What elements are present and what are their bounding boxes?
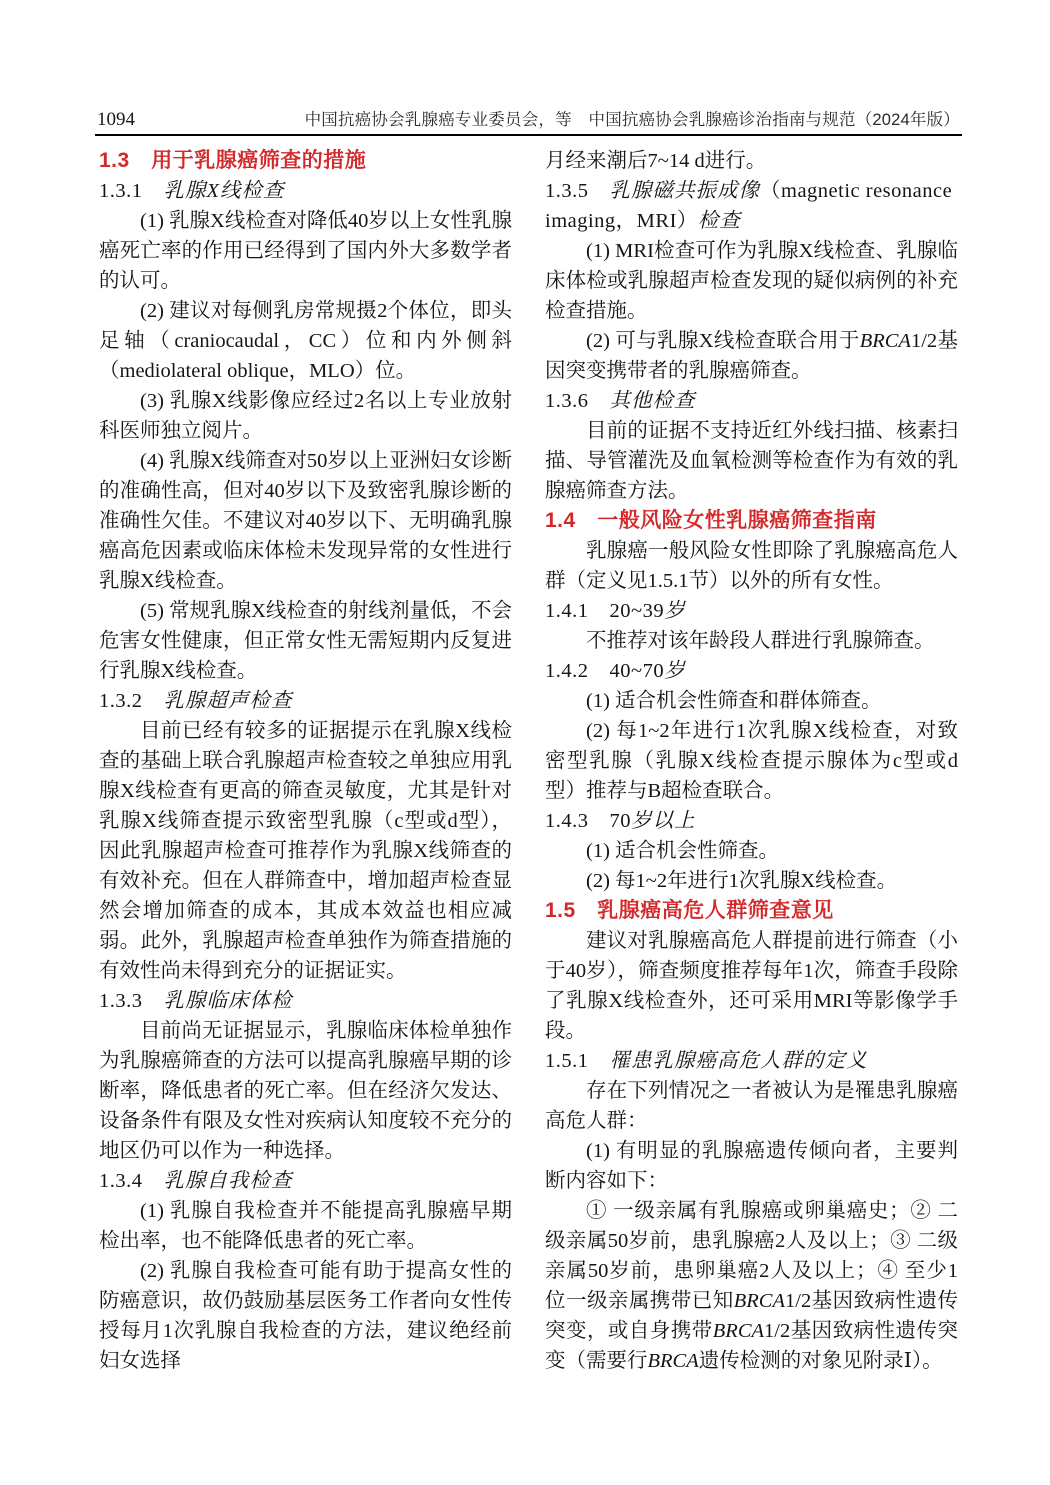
page-header: 1094 中国抗癌协会乳腺癌专业委员会，等 中国抗癌协会乳腺癌诊治指南与规范（2… <box>97 106 960 131</box>
subsection-heading: 1.3.1 乳腺X线检查 <box>99 176 512 206</box>
paragraph: (1) MRI检查可作为乳腺X线检查、乳腺临床体检或乳腺超声检查发现的疑似病例的… <box>545 236 958 326</box>
paragraph: 乳腺癌一般风险女性即除了乳腺癌高危人群（定义见1.5.1节）以外的所有女性。 <box>545 536 958 596</box>
paragraph: (5) 常规乳腺X线检查的射线剂量低，不会危害女性健康，但正常女性无需短期内反复… <box>99 596 512 686</box>
paragraph: (2) 可与乳腺X线检查联合用于BRCA1/2基因突变携带者的乳腺癌筛查。 <box>545 326 958 386</box>
paragraph: ① 一级亲属有乳腺癌或卵巢癌史；② 二级亲属50岁前，患乳腺癌2人及以上；③ 二… <box>545 1196 958 1376</box>
paragraph: 目前的证据不支持近红外线扫描、核素扫描、导管灌洗及血氧检测等检查作为有效的乳腺癌… <box>545 416 958 506</box>
paragraph: (2) 每1~2年进行1次乳腺X线检查，对致密型乳腺（乳腺X线检查提示腺体为c型… <box>545 716 958 806</box>
paragraph: 建议对乳腺癌高危人群提前进行筛查（小于40岁），筛查频度推荐每年1次，筛查手段除… <box>545 926 958 1046</box>
paragraph: (1) 适合机会性筛查。 <box>545 836 958 866</box>
paragraph: 月经来潮后7~14 d进行。 <box>545 146 958 176</box>
subsection-heading: 1.5.1 罹患乳腺癌高危人群的定义 <box>545 1046 958 1076</box>
paragraph: (1) 有明显的乳腺癌遗传倾向者，主要判断内容如下： <box>545 1136 958 1196</box>
subsection-heading: 1.4.2 40~70岁 <box>545 656 958 686</box>
text-columns: 1.3 用于乳腺癌筛查的措施1.3.1 乳腺X线检查(1) 乳腺X线检查对降低4… <box>99 146 958 1376</box>
section-heading: 1.5 乳腺癌高危人群筛查意见 <box>545 896 958 926</box>
subsection-heading: 1.3.5 乳腺磁共振成像（magnetic resonance imaging… <box>545 176 958 236</box>
paragraph: (1) 适合机会性筛查和群体筛查。 <box>545 686 958 716</box>
left-column: 1.3 用于乳腺癌筛查的措施1.3.1 乳腺X线检查(1) 乳腺X线检查对降低4… <box>99 146 512 1376</box>
paragraph: (1) 乳腺X线检查对降低40岁以上女性乳腺癌死亡率的作用已经得到了国内外大多数… <box>99 206 512 296</box>
paragraph: 存在下列情况之一者被认为是罹患乳腺癌高危人群： <box>545 1076 958 1136</box>
document-page: 1094 中国抗癌协会乳腺癌专业委员会，等 中国抗癌协会乳腺癌诊治指南与规范（2… <box>0 0 1050 1485</box>
page-number: 1094 <box>97 109 135 131</box>
paragraph: 不推荐对该年龄段人群进行乳腺筛查。 <box>545 626 958 656</box>
section-heading: 1.3 用于乳腺癌筛查的措施 <box>99 146 512 176</box>
paragraph: (1) 乳腺自我检查并不能提高乳腺癌早期检出率，也不能降低患者的死亡率。 <box>99 1196 512 1256</box>
paragraph: (3) 乳腺X线影像应经过2名以上专业放射科医师独立阅片。 <box>99 386 512 446</box>
paragraph: (2) 建议对每侧乳房常规摄2个体位，即头足轴（craniocaudal，CC）… <box>99 296 512 386</box>
paragraph: (2) 每1~2年进行1次乳腺X线检查。 <box>545 866 958 896</box>
journal-header-title: 中国抗癌协会乳腺癌专业委员会，等 中国抗癌协会乳腺癌诊治指南与规范（2024年版… <box>305 106 960 130</box>
subsection-heading: 1.4.1 20~39岁 <box>545 596 958 626</box>
right-column: 月经来潮后7~14 d进行。1.3.5 乳腺磁共振成像（magnetic res… <box>545 146 958 1376</box>
paragraph: 目前尚无证据显示，乳腺临床体检单独作为乳腺癌筛查的方法可以提高乳腺癌早期的诊断率… <box>99 1016 512 1166</box>
paragraph: (2) 乳腺自我检查可能有助于提高女性的防癌意识，故仍鼓励基层医务工作者向女性传… <box>99 1256 512 1376</box>
paragraph: 目前已经有较多的证据提示在乳腺X线检查的基础上联合乳腺超声检查较之单独应用乳腺X… <box>99 716 512 986</box>
subsection-heading: 1.4.3 70岁以上 <box>545 806 958 836</box>
subsection-heading: 1.3.6 其他检查 <box>545 386 958 416</box>
subsection-heading: 1.3.3 乳腺临床体检 <box>99 986 512 1016</box>
subsection-heading: 1.3.4 乳腺自我检查 <box>99 1166 512 1196</box>
subsection-heading: 1.3.2 乳腺超声检查 <box>99 686 512 716</box>
section-heading: 1.4 一般风险女性乳腺癌筛查指南 <box>545 506 958 536</box>
header-rule <box>95 134 962 136</box>
paragraph: (4) 乳腺X线筛查对50岁以上亚洲妇女诊断的准确性高，但对40岁以下及致密乳腺… <box>99 446 512 596</box>
